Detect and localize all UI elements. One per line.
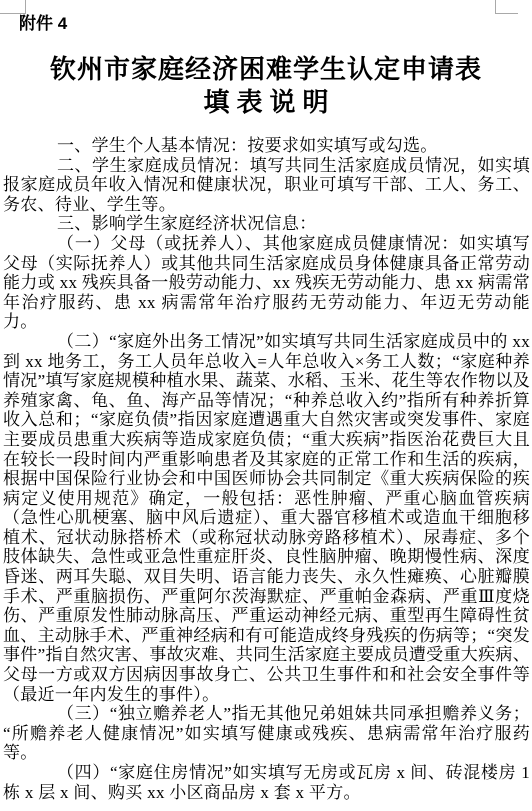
page-title: 钦州市家庭经济困难学生认定申请表 填表说明 xyxy=(0,53,532,119)
paragraph-basic-info: 一、学生个人基本情况：按要求如实填写或勾选。 xyxy=(3,136,530,156)
paragraph-economic-status-heading: 三、影响学生家庭经济状况信息： xyxy=(3,214,530,234)
attachment-label: 附件 4 xyxy=(19,14,532,34)
page-title-line2: 填表说明 xyxy=(0,86,532,119)
text-boundary-mark-top-right xyxy=(495,0,518,14)
document-body: 一、学生个人基本情况：按要求如实填写或勾选。 二、学生家庭成员情况：填写共同生活… xyxy=(0,136,532,802)
paragraph-health-status: （一）父母（或抚养人）、其他家庭成员健康情况：如实填写父母（实际抚养人）或其他共… xyxy=(3,234,530,332)
document-page: 附件 4 钦州市家庭经济困难学生认定申请表 填表说明 一、学生个人基本情况：按要… xyxy=(0,0,532,811)
paragraph-elderly-support: （三）“独立赡养老人”指无其他兄弟姐妹共同承担赡养义务；“所赡养老人健康情况”如… xyxy=(3,704,530,763)
text-boundary-mark-top-left xyxy=(0,0,26,14)
paragraph-housing: （四）“家庭住房情况”如实填写无房或瓦房 x 间、砖混楼房 1 栋 x 层 x … xyxy=(3,763,530,802)
page-title-line1: 钦州市家庭经济困难学生认定申请表 xyxy=(0,53,532,86)
paragraph-work-farming-debt-disease: （二）“家庭外出务工情况”如实填写共同生活家庭成员中的 xx 到 xx 地务工，… xyxy=(3,332,530,704)
paragraph-family-members: 二、学生家庭成员情况：填写共同生活家庭成员情况，如实填报家庭成员年收入情况和健康… xyxy=(3,156,530,215)
